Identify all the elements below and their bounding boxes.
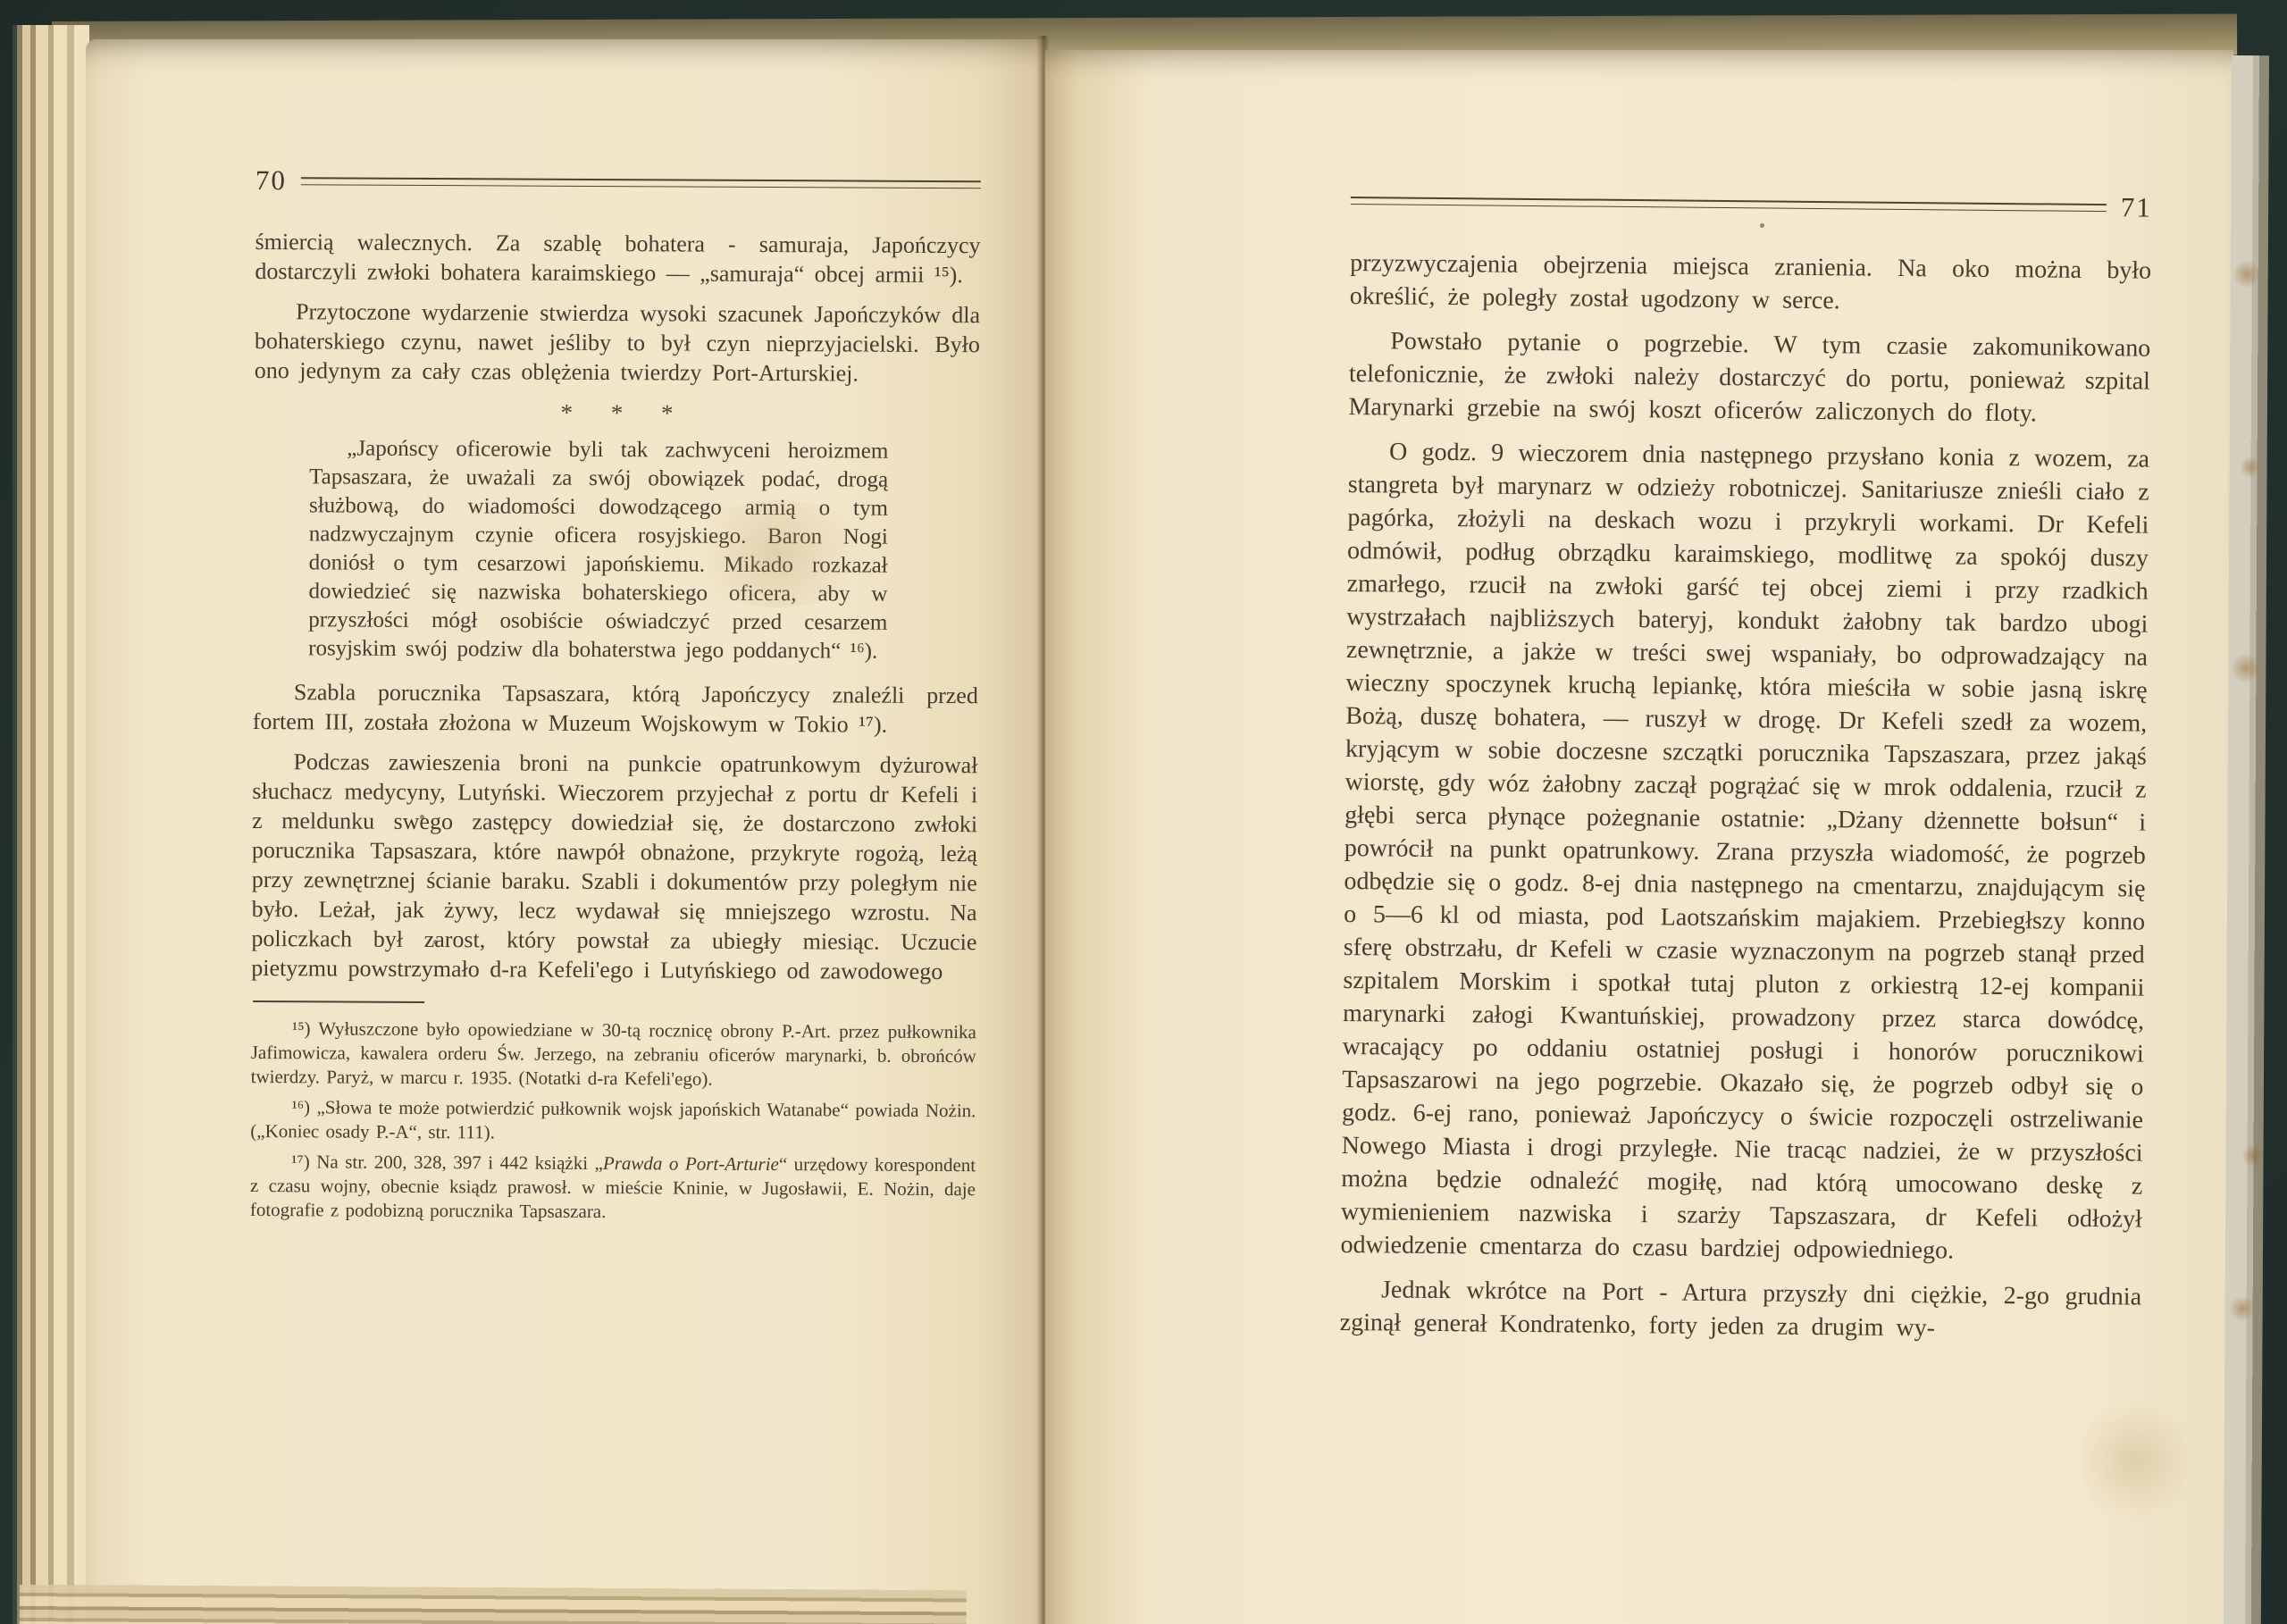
foxing-stain [2233,259,2260,289]
page-70-content: 70 śmiercią walecznych. Za szablę bohate… [250,164,981,1232]
page-71-content: 71 przyzwyczajenia obejrzenia miejsca zr… [1339,184,2151,1359]
page-edge-stack-left [13,25,89,1624]
footnote-divider [253,1000,424,1003]
foxing-stain [2242,1143,2264,1168]
paper-speck [420,815,424,819]
footnote-17-text-pre: ¹⁷) Na str. 200, 328, 397 i 442 książki … [291,1151,603,1174]
book-spread-photo: 70 śmiercią walecznych. Za szablę bohate… [0,0,2287,1624]
paper-speck [1760,223,1764,228]
foxing-stain [2241,456,2260,479]
paragraph: Przytoczone wydarzenie stwierdza wysoki … [255,297,981,389]
paper-smudge [2082,1394,2189,1528]
page-70: 70 śmiercią walecznych. Za szablę bohate… [86,39,1045,1624]
paragraph-continuation: śmiercią walecznych. Za szablę bohatera … [255,227,980,289]
footnote-17: ¹⁷) Na str. 200, 328, 397 i 442 książki … [250,1150,976,1226]
page-edge-stack-right [2224,55,2269,1624]
paragraph: Podczas zawieszenia broni na punkcie opa… [251,747,977,986]
section-separator-asterisks: * * * [254,398,979,429]
page-71-header-rule [1351,196,2107,211]
paragraph: Jednak wkrótce na Port - Artura przyszły… [1340,1273,2142,1347]
foxing-stain [2230,1295,2255,1322]
page-edge-stack-bottom [20,1585,967,1624]
footnote-17-book-title: Prawda o Port-Arturie [603,1152,779,1175]
paragraph: Powstało pytanie o pogrzebie. W tym czas… [1348,324,2150,431]
page-70-number: 70 [256,164,287,197]
paragraph: O godz. 9 wieczorem dnia następnego przy… [1340,435,2149,1269]
page-70-header: 70 [256,164,981,200]
paragraph-continuation: przyzwyczajenia obejrzenia miejsca zrani… [1350,247,2152,321]
page-71: 71 przyzwyczajenia obejrzenia miejsca zr… [1045,50,2233,1624]
footnote-16: ¹⁶) „Słowa te może potwierdzić pułkownik… [250,1095,976,1147]
foxing-stain [2232,652,2260,684]
paper-speck [433,940,438,944]
footnote-15: ¹⁵) Wyłuszczone było opowiedziane w 30-t… [251,1017,976,1092]
paper-smudge [679,500,875,607]
paragraph: Szabla porucznika Tapsaszara, którą Japo… [253,677,978,740]
page-70-header-rule [301,177,981,188]
page-71-number: 71 [2121,191,2152,223]
page-71-header: 71 [1351,184,2152,224]
